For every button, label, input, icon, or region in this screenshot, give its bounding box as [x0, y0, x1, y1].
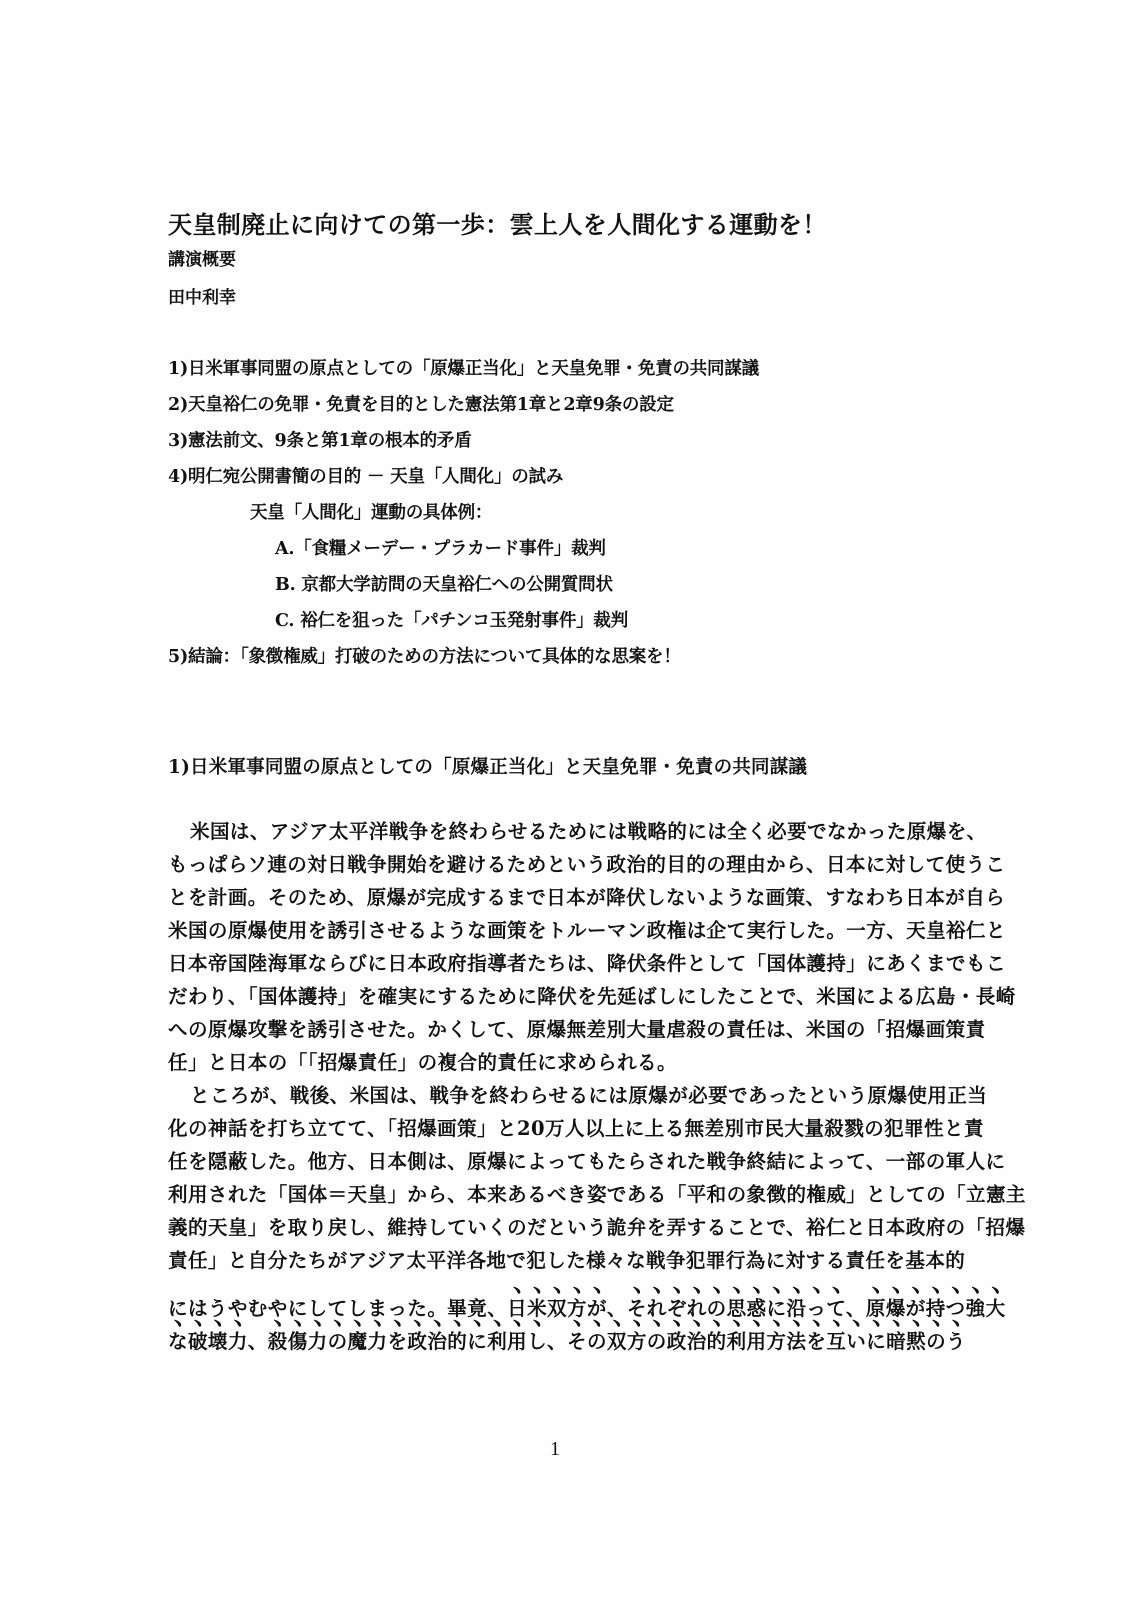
- body-line: 利用された「国体＝天皇」から、本来あるべき姿である「平和の象徴的権威」としての「…: [168, 1183, 1026, 1207]
- body-line: 米国の原爆使用を誘引させるような画策をトルーマン政権は企て実行した。一方、天皇裕…: [168, 919, 1006, 943]
- emphasized-text: な破壊力、殺傷力の魔力を政治的に利用し、その双方の政治的利用方法を互いに暗黙のう: [168, 1330, 966, 1353]
- page-number: 1: [550, 1438, 560, 1461]
- outline-sub-item-a: A.「食糧メーデー・プラカード事件」裁判: [275, 535, 606, 560]
- body-line: 化の神話を打ち立てて、「招爆画策」と20万人以上に上る無差別市民大量殺戮の犯罪性…: [168, 1117, 984, 1141]
- outline-sub-item-c: C. 裕仁を狙った「パチンコ玉発射事件」裁判: [275, 607, 628, 632]
- document-subtitle: 講演概要: [168, 245, 236, 270]
- body-line: とを計画。そのため、原爆が完成するまで日本が降伏しないような画策、すなわち日本が…: [168, 886, 1005, 910]
- body-line: への原爆攻撃を誘引させた。かくして、原爆無差別大量虐殺の責任は、米国の「招爆画策…: [168, 1018, 986, 1042]
- document-author: 田中利幸: [168, 283, 236, 308]
- body-line: 義的天皇」を取り戻し、維持していくのだという詭弁を弄することで、裕仁と日本政府の…: [168, 1216, 1025, 1240]
- outline-item-3: 3)憲法前文、9条と第1章の根本的矛盾: [168, 427, 472, 452]
- body-line: 任を隠蔽した。他方、日本側は、原爆によってもたらされた戦争終結によって、一部の軍…: [168, 1150, 1006, 1174]
- body-line: 日本帝国陸海軍ならびに日本政府指導者たちは、降伏条件として「国体護持」にあくまで…: [168, 952, 1006, 976]
- body-line: な破壊力、殺傷力の魔力を政治的に利用し、その双方の政治的利用方法を互いに暗黙のう: [168, 1315, 966, 1354]
- body-line: ところが、戦後、米国は、戦争を終わらせるには原爆が必要であったという原爆使用正当: [190, 1084, 987, 1108]
- document-title: 天皇制廃止に向けての第一歩：雲上人を人間化する運動を！: [168, 205, 827, 240]
- outline-item-1: 1)日米軍事同盟の原点としての「原爆正当化」と天皇免罪・免責の共同謀議: [168, 355, 759, 380]
- outline-sub-heading: 天皇「人間化」運動の具体例：: [250, 499, 492, 524]
- body-line: 任」と日本の「「招爆責任」の複合的責任に求められる。: [168, 1051, 677, 1075]
- outline-item-5: 5)結論：「象徴権威」打破のための方法について具体的な思案を！: [168, 643, 681, 668]
- body-line: 責任」と自分たちがアジア太平洋各地で犯した様々な戦争犯罪行為に対する責任を基本的: [168, 1249, 965, 1273]
- outline-sub-item-b: B. 京都大学訪問の天皇裕仁への公開質問状: [275, 571, 613, 596]
- outline-item-4: 4)明仁宛公開書簡の目的 － 天皇「人間化」の試み: [168, 463, 563, 488]
- outline-item-2: 2)天皇裕仁の免罪・免責を目的とした憲法第1章と2章9条の設定: [168, 391, 674, 416]
- document-page: 天皇制廃止に向けての第一歩：雲上人を人間化する運動を！ 講演概要 田中利幸 1)…: [0, 0, 1138, 1600]
- body-line: だわり、「国体護持」を確実にするために降伏を先延ばしにしたことで、米国による広島…: [168, 985, 1016, 1009]
- body-line: もっぱらソ連の対日戦争開始を避けるためという政治的目的の理由から、日本に対して使…: [168, 853, 1006, 877]
- section-heading: 1)日米軍事同盟の原点としての「原爆正当化」と天皇免罪・免責の共同謀議: [168, 753, 807, 779]
- body-line: 米国は、アジア太平洋戦争を終わらせるためには戦略的には全く必要でなかった原爆を、: [190, 820, 987, 844]
